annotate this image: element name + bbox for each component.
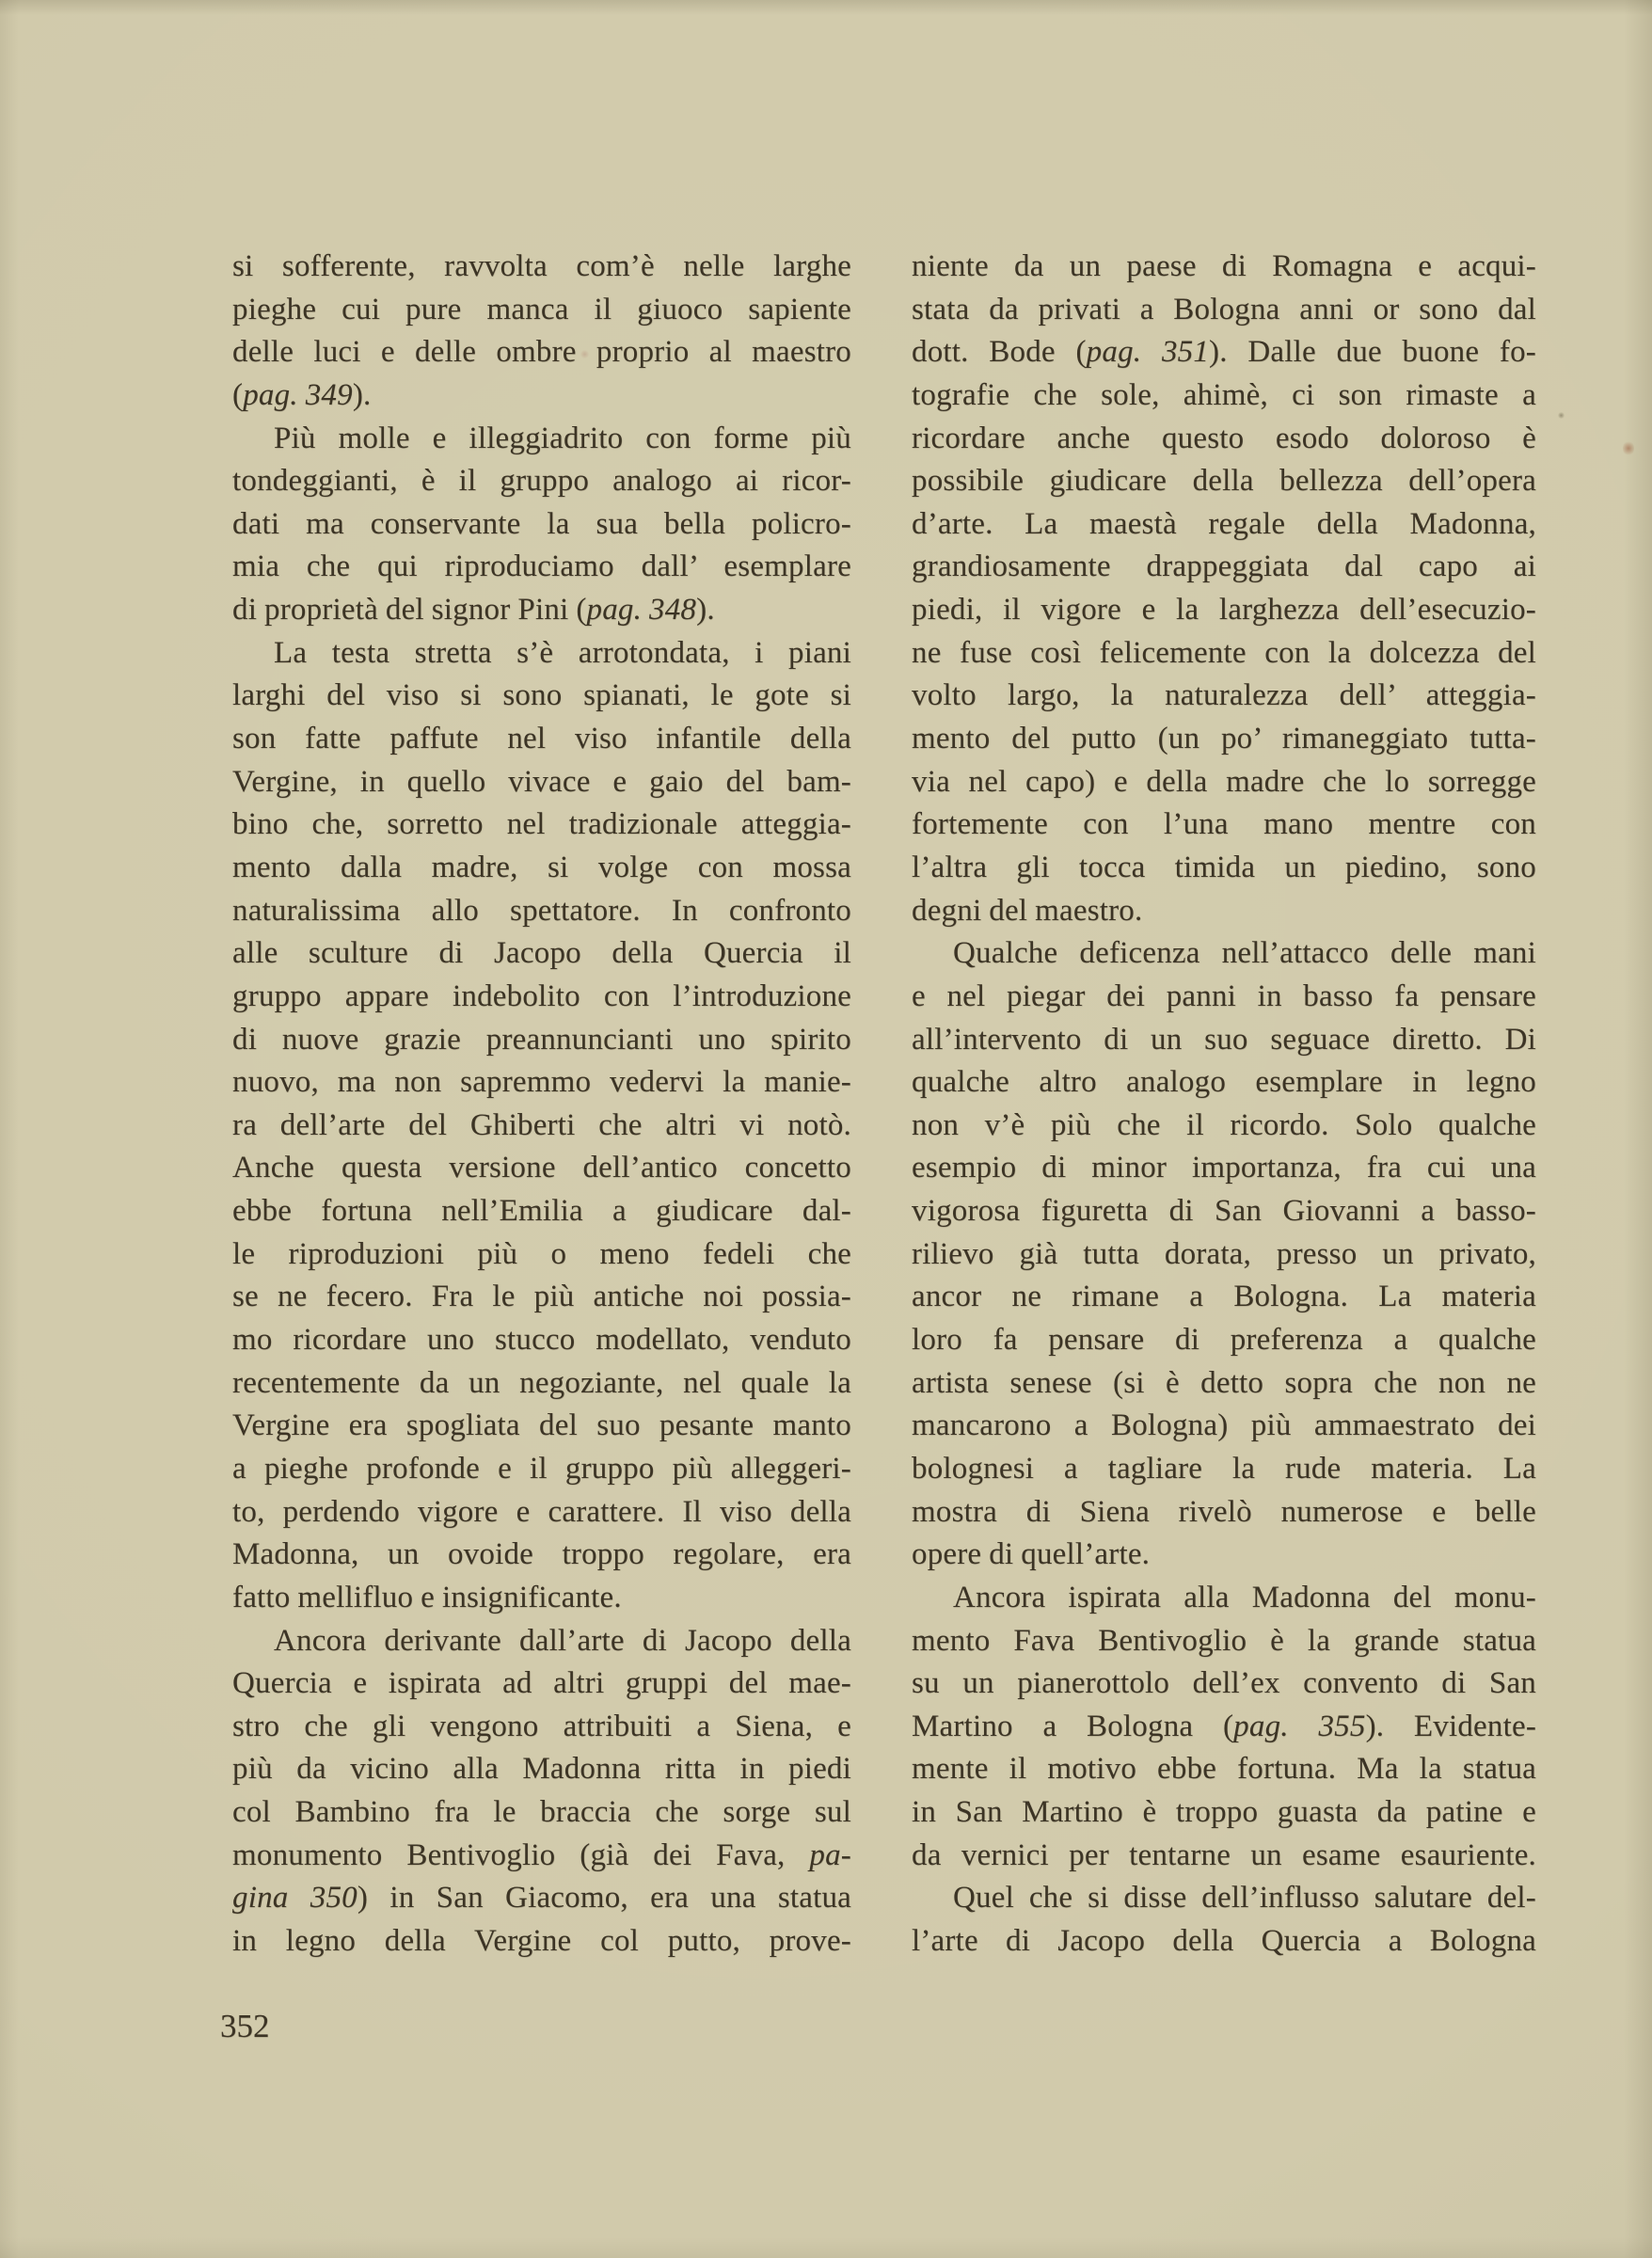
text-segment: son fatte paffute nel viso infantile del…: [232, 722, 851, 755]
text-segment: le riproduzioni più o meno fedeli che: [232, 1237, 851, 1271]
text-segment: mo ricordare uno stucco modellato, vendu…: [232, 1323, 851, 1357]
text-segment: in San Martino è troppo guasta da patine…: [912, 1795, 1536, 1829]
text-segment: mia che qui riproduciamo dall’ esemplare: [232, 549, 851, 583]
text-segment: non v’è più che il ricordo. Solo qualche: [912, 1108, 1536, 1142]
text-segment: bolognesi a tagliare la rude materia. La: [912, 1452, 1536, 1486]
text-line: più da vicino alla Madonna ritta in pied…: [232, 1748, 851, 1791]
text-line: Qualche deficenza nell’attacco delle man…: [912, 932, 1536, 976]
text-segment: mostra di Siena rivelò numerose e belle: [912, 1495, 1536, 1529]
text-line: non v’è più che il ricordo. Solo qualche: [912, 1105, 1536, 1148]
text-line: niente da un paese di Romagna e acqui-: [912, 246, 1536, 289]
text-segment: mento del putto (un po’ rimaneggiato tut…: [912, 722, 1536, 755]
text-segment: mento Fava Bentivoglio è la grande statu…: [912, 1624, 1536, 1658]
text-segment: tografie che sole, ahimè, ci son rimaste…: [912, 378, 1536, 412]
paragraph: Ancora ispirata alla Madonna del monu-me…: [912, 1577, 1536, 1877]
text-line: mostra di Siena rivelò numerose e belle: [912, 1491, 1536, 1534]
text-segment: qualche altro analogo esemplare in legno: [912, 1065, 1536, 1099]
text-line: vigorosa figuretta di San Giovanni a bas…: [912, 1190, 1536, 1233]
text-line: ancor ne rimane a Bologna. La materia: [912, 1276, 1536, 1319]
text-segment: mancarono a Bologna) più ammaestrato dei: [912, 1408, 1536, 1442]
paragraph: Qualche deficenza nell’attacco delle man…: [912, 932, 1536, 1577]
text-line: qualche altro analogo esemplare in legno: [912, 1061, 1536, 1105]
text-line: to, perdendo vigore e carattere. Il viso…: [232, 1491, 851, 1534]
text-segment: a pieghe profonde e il gruppo più allegg…: [232, 1452, 851, 1486]
text-line: volto largo, la naturalezza dell’ attegg…: [912, 675, 1536, 718]
text-segment: artista senese (si è detto sopra che non…: [912, 1366, 1536, 1400]
text-segment: degni del maestro.: [912, 894, 1142, 928]
text-line: stata da privati a Bologna anni or sono …: [912, 289, 1536, 332]
text-segment: vigorosa figuretta di San Giovanni a bas…: [912, 1194, 1536, 1228]
text-line: esempio di minor importanza, fra cui una: [912, 1147, 1536, 1190]
text-line: di proprietà del signor Pini (pag. 348).: [232, 589, 851, 632]
text-line: se ne fecero. Fra le più antiche noi pos…: [232, 1276, 851, 1319]
text-line: le riproduzioni più o meno fedeli che: [232, 1233, 851, 1277]
text-segment: La testa stretta s’è arrotondata, i pian…: [274, 636, 851, 670]
text-segment: d’arte. La maestà regale della Madonna,: [912, 507, 1536, 541]
text-segment: Vergine, in quello vivace e gaio del bam…: [232, 765, 851, 799]
paragraph: Più molle e illeggiadrito con forme piùt…: [232, 418, 851, 632]
text-line: col Bambino fra le braccia che sorge sul: [232, 1791, 851, 1835]
text-segment: naturalissima allo spettatore. In confro…: [232, 894, 851, 928]
text-segment: niente da un paese di Romagna e acqui-: [912, 249, 1536, 283]
text-segment: rilievo già tutta dorata, presso un priv…: [912, 1237, 1536, 1271]
text-segment: di proprietà del signor Pini (: [232, 593, 587, 627]
text-line: alle sculture di Jacopo della Quercia il: [232, 932, 851, 976]
text-line: loro fa pensare di preferenza a qualche: [912, 1319, 1536, 1362]
text-line: tondeggianti, è il gruppo analogo ai ric…: [232, 460, 851, 503]
italic-text-segment: gina 350: [232, 1881, 357, 1915]
paragraph: La testa stretta s’è arrotondata, i pian…: [232, 632, 851, 1620]
text-line: fortemente con l’una mano mentre con: [912, 803, 1536, 847]
text-segment: Ancora ispirata alla Madonna del monu-: [953, 1581, 1536, 1614]
text-line: ne fuse così felicemente con la dolcezza…: [912, 632, 1536, 676]
text-segment: grandiosamente drappeggiata dal capo ai: [912, 549, 1536, 583]
text-line: delle luci e delle ombre proprio al maes…: [232, 331, 851, 374]
text-segment: esempio di minor importanza, fra cui una: [912, 1151, 1536, 1185]
text-line: opere di quell’arte.: [912, 1534, 1536, 1577]
text-line: mento Fava Bentivoglio è la grande statu…: [912, 1620, 1536, 1663]
text-segment: Quercia e ispirata ad altri gruppi del m…: [232, 1666, 851, 1700]
text-segment: ). Evidente-: [1366, 1709, 1536, 1743]
text-segment: ).: [353, 378, 372, 412]
text-line: l’arte di Jacopo della Quercia a Bologna: [912, 1920, 1536, 1964]
text-segment: mento dalla madre, si volge con mossa: [232, 851, 851, 884]
text-segment: via nel capo) e della madre che lo sorre…: [912, 765, 1536, 799]
text-segment: tondeggianti, è il gruppo analogo ai ric…: [232, 464, 851, 498]
text-line: nuovo, ma non sapremmo vedervi la manie-: [232, 1061, 851, 1105]
italic-text-segment: pa-: [809, 1838, 851, 1872]
text-line: si sofferente, ravvolta com’è nelle larg…: [232, 246, 851, 289]
text-line: tografie che sole, ahimè, ci son rimaste…: [912, 374, 1536, 418]
text-segment: possibile giudicare della bellezza dell’…: [912, 464, 1536, 498]
text-segment: Più molle e illeggiadrito con forme più: [274, 421, 851, 455]
text-segment: all’intervento di un suo seguace diretto…: [912, 1023, 1536, 1057]
text-line: ebbe fortuna nell’Emilia a giudicare dal…: [232, 1190, 851, 1233]
text-segment: su un pianerottolo dell’ex convento di S…: [912, 1666, 1536, 1700]
text-line: larghi del viso si sono spianati, le got…: [232, 675, 851, 718]
text-segment: ) in San Giacomo, era una statua: [357, 1881, 851, 1915]
text-line: gruppo appare indebolito con l’introduzi…: [232, 976, 851, 1019]
text-line: monumento Bentivoglio (già dei Fava, pa-: [232, 1835, 851, 1878]
text-segment: loro fa pensare di preferenza a qualche: [912, 1323, 1536, 1357]
text-segment: recentemente da un negoziante, nel quale…: [232, 1366, 851, 1400]
text-line: mancarono a Bologna) più ammaestrato dei: [912, 1405, 1536, 1448]
text-segment: bino che, sorretto nel tradizionale atte…: [232, 807, 851, 841]
text-segment: Anche questa versione dell’antico concet…: [232, 1151, 851, 1185]
italic-text-segment: pag. 351: [1087, 335, 1209, 369]
text-line: degni del maestro.: [912, 890, 1536, 933]
text-line: Ancora derivante dall’arte di Jacopo del…: [232, 1620, 851, 1663]
text-line: Madonna, un ovoide troppo regolare, era: [232, 1534, 851, 1577]
text-line: Martino a Bologna (pag. 355). Evidente-: [912, 1706, 1536, 1749]
text-line: in legno della Vergine col putto, prove-: [232, 1920, 851, 1964]
text-line: grandiosamente drappeggiata dal capo ai: [912, 546, 1536, 589]
text-segment: (: [232, 378, 243, 412]
text-line: bolognesi a tagliare la rude materia. La: [912, 1448, 1536, 1491]
text-segment: ).: [696, 593, 715, 627]
text-line: mo ricordare uno stucco modellato, vendu…: [232, 1319, 851, 1362]
text-line: all’intervento di un suo seguace diretto…: [912, 1019, 1536, 1062]
text-line: ra dell’arte del Ghiberti che altri vi n…: [232, 1105, 851, 1148]
text-segment: dott. Bode (: [912, 335, 1087, 369]
text-segment: ancor ne rimane a Bologna. La materia: [912, 1280, 1536, 1313]
paragraph: Quel che si disse dell’influsso salutare…: [912, 1877, 1536, 1963]
text-line: Quercia e ispirata ad altri gruppi del m…: [232, 1662, 851, 1706]
text-line: in San Martino è troppo guasta da patine…: [912, 1791, 1536, 1835]
text-segment: ). Dalle due buone fo-: [1209, 335, 1536, 369]
text-segment: dati ma conservante la sua bella policro…: [232, 507, 851, 541]
text-segment: ne fuse così felicemente con la dolcezza…: [912, 636, 1536, 670]
text-segment: larghi del viso si sono spianati, le got…: [232, 678, 851, 712]
text-segment: ebbe fortuna nell’Emilia a giudicare dal…: [232, 1194, 851, 1228]
text-line: piedi, il vigore e la larghezza dell’ese…: [912, 589, 1536, 632]
text-segment: si sofferente, ravvolta com’è nelle larg…: [232, 249, 851, 283]
italic-text-segment: pag. 355: [1233, 1709, 1365, 1743]
text-line: mia che qui riproduciamo dall’ esemplare: [232, 546, 851, 589]
text-segment: delle luci e delle ombre proprio al maes…: [232, 335, 851, 369]
text-line: mento del putto (un po’ rimaneggiato tut…: [912, 718, 1536, 761]
text-line: recentemente da un negoziante, nel quale…: [232, 1362, 851, 1406]
text-segment: mente il motivo ebbe fortuna. Ma la stat…: [912, 1752, 1536, 1786]
text-line: di nuove grazie preannuncianti uno spiri…: [232, 1019, 851, 1062]
paragraph: si sofferente, ravvolta com’è nelle larg…: [232, 246, 851, 418]
text-line: (pag. 349).: [232, 374, 851, 418]
text-line: e nel piegar dei panni in basso fa pensa…: [912, 976, 1536, 1019]
text-segment: piedi, il vigore e la larghezza dell’ese…: [912, 593, 1536, 627]
text-segment: Vergine era spogliata del suo pesante ma…: [232, 1408, 851, 1442]
text-line: Vergine, in quello vivace e gaio del bam…: [232, 761, 851, 804]
paper-speck-red: [1623, 440, 1634, 456]
text-line: da vernici per tentarne un esame esaurie…: [912, 1835, 1536, 1878]
text-line: gina 350) in San Giacomo, era una statua: [232, 1877, 851, 1920]
italic-text-segment: pag. 348: [587, 593, 697, 627]
text-segment: gruppo appare indebolito con l’introduzi…: [232, 979, 851, 1013]
text-line: dott. Bode (pag. 351). Dalle due buone f…: [912, 331, 1536, 374]
text-segment: e nel piegar dei panni in basso fa pensa…: [912, 979, 1536, 1013]
text-segment: di nuove grazie preannuncianti uno spiri…: [232, 1023, 851, 1057]
text-line: Anche questa versione dell’antico concet…: [232, 1147, 851, 1190]
text-line: bino che, sorretto nel tradizionale atte…: [232, 803, 851, 847]
text-line: fatto mellifluo e insignificante.: [232, 1577, 851, 1620]
right-text-column: niente da un paese di Romagna e acqui-st…: [912, 246, 1536, 1964]
text-segment: più da vicino alla Madonna ritta in pied…: [232, 1752, 851, 1786]
text-segment: nuovo, ma non sapremmo vedervi la manie-: [232, 1065, 851, 1099]
text-line: Quel che si disse dell’influsso salutare…: [912, 1877, 1536, 1920]
text-segment: alle sculture di Jacopo della Quercia il: [232, 936, 851, 970]
text-segment: l’altra gli tocca timida un piedino, son…: [912, 851, 1536, 884]
page-number: 352: [220, 2010, 270, 2043]
paragraph: niente da un paese di Romagna e acqui-st…: [912, 246, 1536, 932]
text-segment: l’arte di Jacopo della Quercia a Bologna: [912, 1924, 1536, 1958]
text-line: Più molle e illeggiadrito con forme più: [232, 418, 851, 461]
text-segment: da vernici per tentarne un esame esaurie…: [912, 1838, 1536, 1872]
text-segment: Ancora derivante dall’arte di Jacopo del…: [274, 1624, 851, 1658]
paper-speck-gray: [1558, 412, 1565, 419]
text-line: stro che gli vengono attribuiti a Siena,…: [232, 1706, 851, 1749]
text-segment: Martino a Bologna (: [912, 1709, 1233, 1743]
text-segment: volto largo, la naturalezza dell’ attegg…: [912, 678, 1536, 712]
text-segment: ra dell’arte del Ghiberti che altri vi n…: [232, 1108, 851, 1142]
text-line: l’altra gli tocca timida un piedino, son…: [912, 847, 1536, 890]
text-line: artista senese (si è detto sopra che non…: [912, 1362, 1536, 1406]
text-segment: to, perdendo vigore e carattere. Il viso…: [232, 1495, 851, 1529]
text-line: ricordare anche questo esodo doloroso è: [912, 418, 1536, 461]
text-segment: Qualche deficenza nell’attacco delle man…: [953, 936, 1536, 970]
text-segment: ricordare anche questo esodo doloroso è: [912, 421, 1536, 455]
left-text-column: si sofferente, ravvolta com’è nelle larg…: [232, 246, 851, 1964]
text-line: possibile giudicare della bellezza dell’…: [912, 460, 1536, 503]
text-line: mente il motivo ebbe fortuna. Ma la stat…: [912, 1748, 1536, 1791]
text-line: dati ma conservante la sua bella policro…: [232, 503, 851, 547]
text-line: d’arte. La maestà regale della Madonna,: [912, 503, 1536, 547]
text-segment: se ne fecero. Fra le più antiche noi pos…: [232, 1280, 851, 1313]
text-segment: Madonna, un ovoide troppo regolare, era: [232, 1537, 851, 1571]
text-segment: fortemente con l’una mano mentre con: [912, 807, 1536, 841]
text-line: Ancora ispirata alla Madonna del monu-: [912, 1577, 1536, 1620]
text-segment: Quel che si disse dell’influsso salutare…: [953, 1881, 1536, 1915]
paragraph: Ancora derivante dall’arte di Jacopo del…: [232, 1620, 851, 1964]
text-line: rilievo già tutta dorata, presso un priv…: [912, 1233, 1536, 1277]
text-segment: stro che gli vengono attribuiti a Siena,…: [232, 1709, 851, 1743]
text-segment: opere di quell’arte.: [912, 1537, 1150, 1571]
text-line: La testa stretta s’è arrotondata, i pian…: [232, 632, 851, 676]
text-line: pieghe cui pure manca il giuoco sapiente: [232, 289, 851, 332]
text-line: naturalissima allo spettatore. In confro…: [232, 890, 851, 933]
text-segment: fatto mellifluo e insignificante.: [232, 1581, 622, 1614]
text-line: son fatte paffute nel viso infantile del…: [232, 718, 851, 761]
italic-text-segment: pag. 349: [243, 378, 353, 412]
text-line: mento dalla madre, si volge con mossa: [232, 847, 851, 890]
text-line: su un pianerottolo dell’ex convento di S…: [912, 1662, 1536, 1706]
text-segment: pieghe cui pure manca il giuoco sapiente: [232, 293, 851, 326]
text-segment: in legno della Vergine col putto, prove-: [232, 1924, 851, 1958]
text-line: via nel capo) e della madre che lo sorre…: [912, 761, 1536, 804]
text-line: Vergine era spogliata del suo pesante ma…: [232, 1405, 851, 1448]
text-segment: stata da privati a Bologna anni or sono …: [912, 293, 1536, 326]
text-line: a pieghe profonde e il gruppo più allegg…: [232, 1448, 851, 1491]
text-segment: monumento Bentivoglio (già dei Fava,: [232, 1838, 809, 1872]
text-segment: col Bambino fra le braccia che sorge sul: [232, 1795, 851, 1829]
